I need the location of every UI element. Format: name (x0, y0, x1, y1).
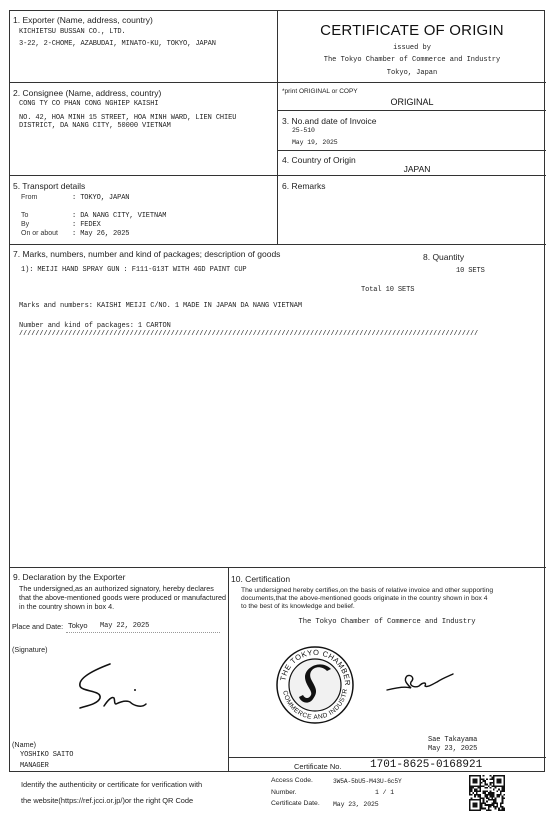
print-type-value: ORIGINAL (278, 97, 546, 107)
quantity-value: 10 SETS (456, 267, 485, 275)
document-title: CERTIFICATE OF ORIGIN (278, 22, 546, 39)
exporter-signer-name: YOSHIKO SAITO (20, 751, 73, 759)
declaration-text-3: in the country shown in box 4. (19, 602, 114, 611)
certification-label: 10. Certification (231, 574, 290, 584)
print-type-label: *print ORIGINAL or COPY (282, 88, 358, 95)
goods-filler-line: ////////////////////////////////////////… (19, 330, 533, 338)
certification-text-3: to the best of its knowledge and belief. (241, 602, 355, 611)
exporter-label: 1. Exporter (Name, address, country) (13, 15, 153, 25)
divider (277, 110, 546, 111)
transport-from-key: From (21, 194, 37, 201)
divider (9, 244, 546, 245)
verify-text-1: Identify the authenticity or certificate… (21, 780, 202, 789)
qr-code-icon[interactable] (469, 775, 505, 811)
signature-label: (Signature) (12, 645, 48, 654)
divider (228, 757, 546, 758)
declaration-text-2: that the above-mentioned goods were prod… (19, 593, 226, 602)
goods-packages: Number and kind of packages: 1 CARTON (19, 322, 171, 330)
divider (9, 175, 546, 176)
declaration-text-1: The undersigned,as an authorized signato… (19, 584, 214, 593)
invoice-number: 25-510 (292, 127, 315, 134)
transport-date-key: On or about (21, 230, 58, 237)
invoice-date: May 19, 2025 (292, 139, 338, 146)
transport-by-key: By (21, 221, 29, 228)
chamber-seal-icon: THE TOKYO CHAMBER OF COMMERCE AND INDUST… (275, 645, 355, 725)
certification-chamber: The Tokyo Chamber of Commerce and Indust… (228, 618, 546, 626)
access-code-value: 3W5A-5bU5-M43U-6c5Y (333, 778, 402, 785)
exporter-address: 3-22, 2-CHOME, AZABUDAI, MINATO-KU, TOKY… (19, 40, 216, 48)
goods-item: 1): MEIJI HAND SPRAY GUN : F111-G13T WIT… (21, 266, 247, 274)
declaration-date: May 22, 2025 (100, 622, 149, 630)
transport-label: 5. Transport details (13, 181, 85, 191)
number-label: Number. (271, 789, 297, 796)
consignee-address-line1: NO. 42, HOA MINH 15 STREET, HOA MINH WAR… (19, 114, 236, 122)
goods-label: 7. Marks, numbers, number and kind of pa… (13, 249, 280, 259)
country-of-origin-value: JAPAN (278, 164, 553, 174)
certificate-date-value: May 23, 2025 (333, 801, 379, 808)
issued-by: issued by (278, 44, 546, 52)
transport-by-value: : FEDEX (72, 221, 101, 229)
issuer-location: Tokyo, Japan (278, 69, 546, 77)
place-date-label: Place and Date: (12, 622, 63, 631)
certificate-no-label: Certificate No. (294, 762, 342, 771)
exporter-signer-title: MANAGER (20, 762, 49, 770)
divider (228, 567, 229, 772)
place-date-underline (66, 632, 220, 633)
consignee-address-line2: DISTRICT, DA NANG CITY, 50000 VIETNAM (19, 122, 171, 130)
number-value: 1 / 1 (375, 789, 394, 796)
goods-marks: Marks and numbers: KAISHI MEIJI C/NO. 1 … (19, 302, 302, 310)
transport-date-value: : May 26, 2025 (72, 230, 129, 238)
divider (277, 150, 546, 151)
remarks-label: 6. Remarks (282, 181, 325, 191)
certificate-no-value: 1701-8625-0168921 (370, 759, 482, 771)
exporter-name: KICHIETSU BUSSAN CO., LTD. (19, 28, 126, 36)
goods-total: Total 10 SETS (361, 286, 414, 294)
transport-to-value: : DA NANG CITY, VIETNAM (72, 212, 166, 220)
name-label: (Name) (12, 740, 36, 749)
consignee-label: 2. Consignee (Name, address, country) (13, 88, 161, 98)
signature-icon (385, 668, 455, 698)
transport-from-value: : TOKYO, JAPAN (72, 194, 129, 202)
divider (9, 567, 546, 568)
verify-text-2: the website(https://ref.jcci.or.jp/)or t… (21, 796, 193, 805)
invoice-label: 3. No.and date of Invoice (282, 116, 377, 126)
divider (9, 82, 546, 83)
access-code-label: Access Code. (271, 777, 313, 784)
issuer-name: The Tokyo Chamber of Commerce and Indust… (278, 56, 546, 64)
certificate-date-label: Certificate Date. (271, 800, 320, 807)
declaration-place: Tokyo (68, 621, 88, 630)
quantity-label: 8. Quantity (423, 252, 464, 262)
certifier-name: Sae Takayama (428, 736, 477, 744)
declaration-label: 9. Declaration by the Exporter (13, 572, 125, 582)
transport-to-key: To (21, 212, 28, 219)
consignee-name: CONG TY CO PHAN CONG NGHIEP KAISHI (19, 100, 158, 108)
signature-icon (72, 662, 162, 712)
certifier-date: May 23, 2025 (428, 745, 477, 753)
